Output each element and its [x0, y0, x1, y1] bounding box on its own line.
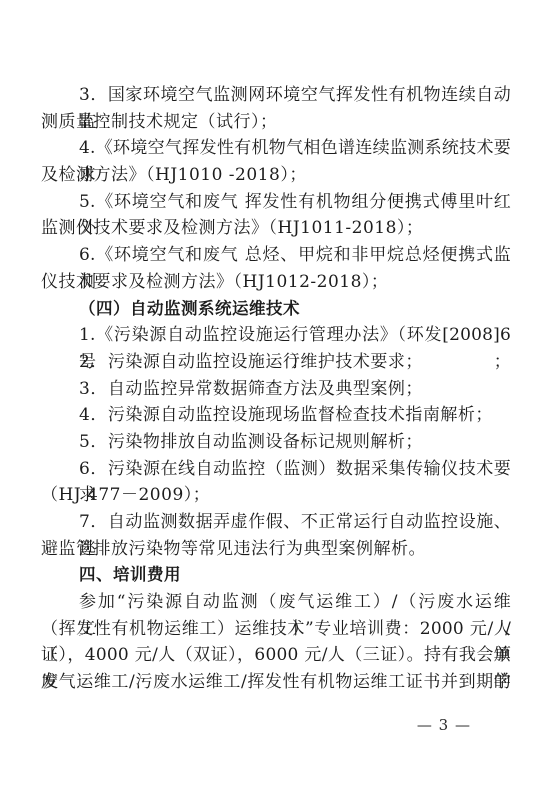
text-line: 监测仪技术要求及检测方法》（HJ1011-2018）；: [41, 215, 511, 242]
page-number: — 3 —: [417, 716, 471, 734]
text-line: （HJ 477－2009）；: [41, 482, 511, 509]
text-line: 7．自动监测数据弄虚作假、不正常运行自动监控设施、逃: [41, 509, 511, 536]
text-line: 废气运维工/污废水运维工/挥发性有机物运维工证书并到期学: [41, 669, 511, 696]
text-line: 1.《污染源自动监控设施运行管理办法》（环发[2008]6 号）；: [41, 322, 511, 349]
text-line: 3．国家环境空气监测网环境空气挥发性有机物连续自动监: [41, 82, 511, 109]
text-line: 及检测方法》（HJ1010 -2018）；: [41, 162, 511, 189]
text-line: 3．自动监控异常数据筛查方法及典型案例；: [41, 376, 511, 403]
text-line: 测质量控制技术规定（试行）；: [41, 109, 511, 136]
document-lines: 3．国家环境空气监测网环境空气挥发性有机物连续自动监测质量控制技术规定（试行）；…: [41, 82, 511, 696]
section-heading: 四、培训费用: [41, 562, 511, 589]
section-heading: （四）自动监测系统运维技术: [41, 296, 511, 323]
text-line: 4.《环境空气挥发性有机物气相色谱连续监测系统技术要求: [41, 135, 511, 162]
text-line: 避监管排放污染物等常见违法行为典型案例解析。: [41, 536, 511, 563]
text-line: 5．污染物排放自动监测设备标记规则解析；: [41, 429, 511, 456]
document-page: 3．国家环境空气监测网环境空气挥发性有机物连续自动监测质量控制技术规定（试行）；…: [0, 0, 551, 785]
text-line: （挥发性有机物运维工）运维技术”专业培训费：2000 元/人（单: [41, 616, 511, 643]
text-line: 6．污染源在线自动监控（监测）数据采集传输仪技术要求: [41, 456, 511, 483]
text-line: 证），4000 元/人（双证），6000 元/人（三证）。持有我会颁发的: [41, 642, 511, 669]
text-line: 仪技术要求及检测方法》（HJ1012-2018）；: [41, 269, 511, 296]
text-line: 4．污染源自动监控设施现场监督检查技术指南解析；: [41, 402, 511, 429]
text-line: 5.《环境空气和废气 挥发性有机物组分便携式傅里叶红外: [41, 189, 511, 216]
text-line: 参加“污染源自动监测（废气运维工）/（污废水运维工）/: [41, 589, 511, 616]
text-line: 6.《环境空气和废气 总烃、甲烷和非甲烷总烃便携式监测: [41, 242, 511, 269]
